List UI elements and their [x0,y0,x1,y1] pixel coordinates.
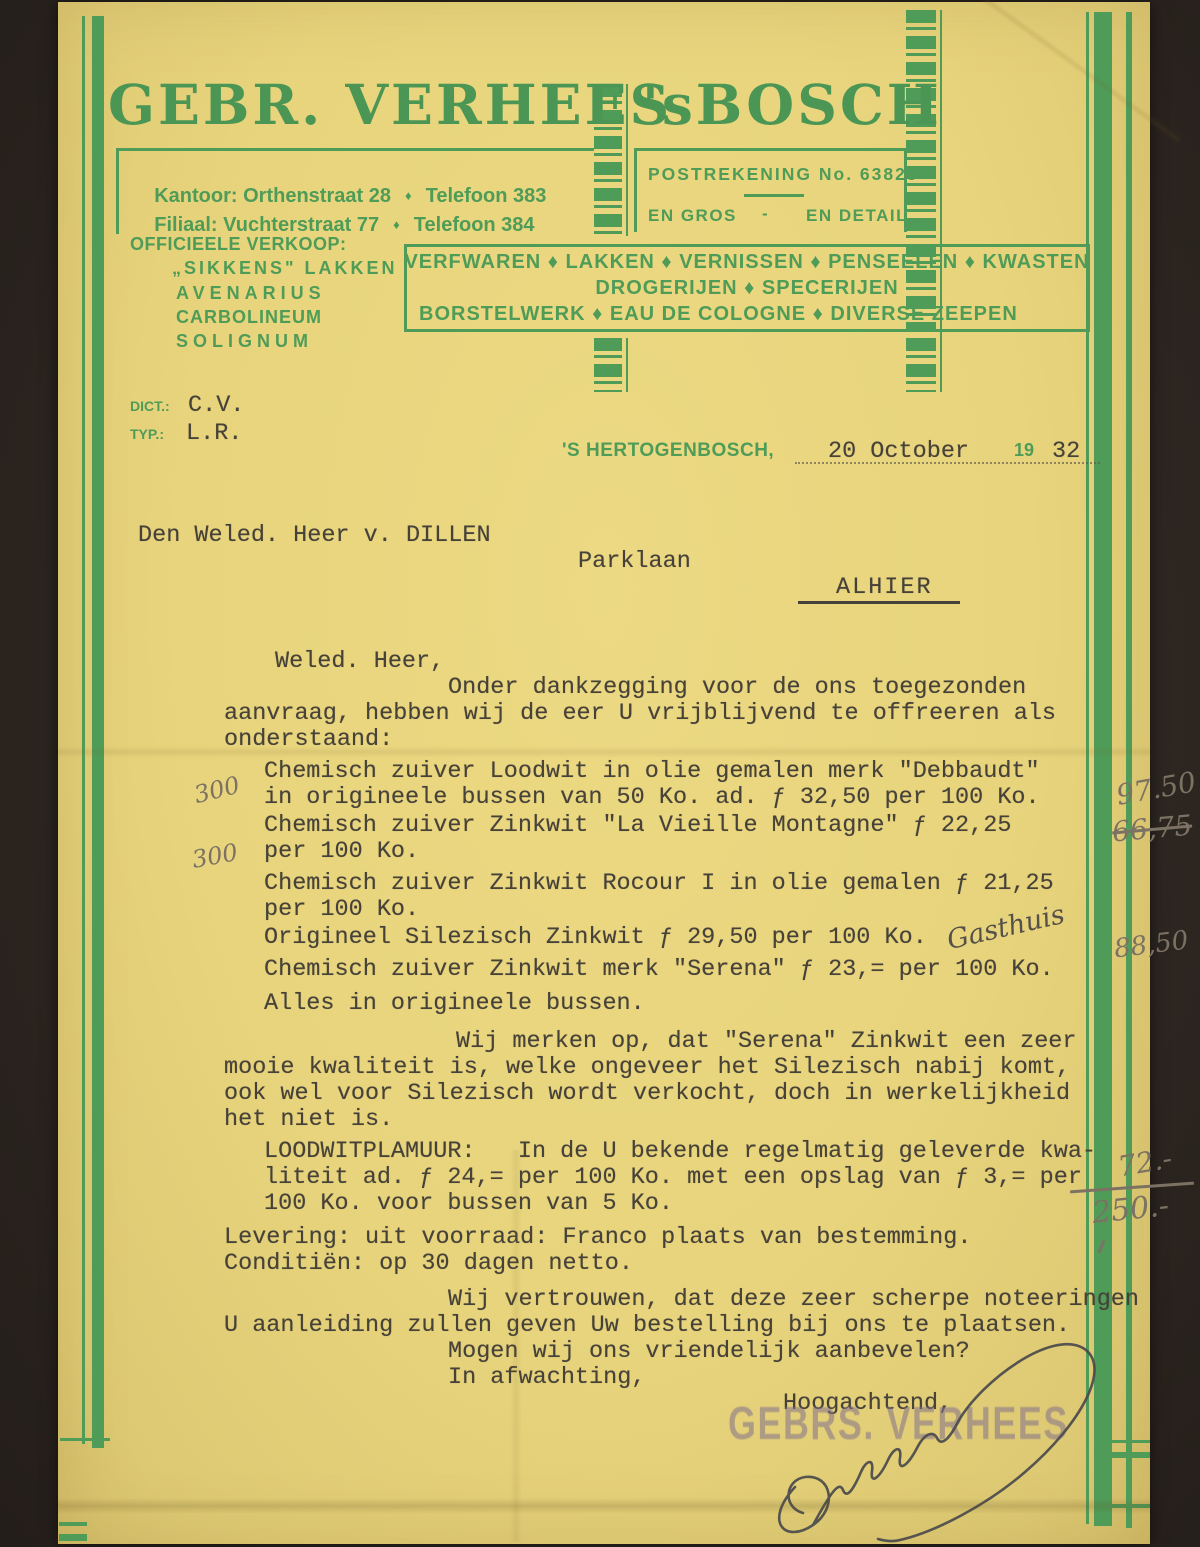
dateline-city: 'S HERTOGENBOSCH, [562,440,774,462]
products-banner-box: VERFWAREN ♦ LAKKEN ♦ VERNISSEN ♦ PENSEEL… [404,244,1090,332]
letter-photo: GEBR. VERHEES 'sBOSCH Kantoor: Orthenstr… [0,0,1200,1547]
right-registration-rule [940,10,942,392]
body-line: liteit ad. ƒ 24,= per 100 Ko. met een op… [264,1164,1082,1191]
left-border-bar [92,16,104,1448]
official-sale-item-solignum: SOLIGNUM [176,331,313,352]
gros-detail-dash: - [762,204,768,224]
addressee-name: Den Weled. Heer v. DILLEN [138,522,491,549]
body-line: mooie kwaliteit is, welke ongeveer het S… [224,1054,1070,1081]
body-line: In afwachting, [448,1364,645,1391]
company-name-city: 'sBOSCH [642,72,942,137]
products-banner-line-3: BORSTELWERK ♦ EAU DE COLOGNE ♦ DIVERSE Z… [407,301,1087,327]
body-line: Weled. Heer, [275,648,444,675]
left-border-cross-rule [60,1438,110,1441]
dict-value: C.V. [188,392,244,419]
official-sale-item-avenarius: AVENARIUS [176,283,326,304]
addressee-street: Parklaan [578,548,691,575]
postal-account: POSTREKENING No. 63825 [648,164,919,185]
left-border-thin-rule [82,16,85,1444]
body-line: het niet is. [224,1106,393,1133]
center-registration-marks-bottom [594,338,622,392]
body-line: Chemisch zuiver Zinkwit merk "Serena" ƒ … [264,956,1054,983]
body-line: 100 Ko. voor bussen van 5 Ko. [264,1190,673,1217]
office-line-2-address: Filiaal: Vuchterstraat 77 [154,214,379,236]
body-line: Origineel Silezisch Zinkwit ƒ 29,50 per … [264,924,927,951]
postal-box-left-rule [634,148,637,232]
body-line: aanvraag, hebben wij de eer U vrijblijve… [224,700,1056,727]
margin-amount-note-struck: 66,75 [1111,809,1194,849]
body-line: Wij vertrouwen, dat deze zeer scherpe no… [448,1286,1139,1313]
body-line: Chemisch zuiver Zinkwit Rocour I in olie… [264,870,1054,897]
en-gros-label: EN GROS [648,206,737,226]
official-sale-item-carbolineum: CARBOLINEUM [176,307,322,328]
center-registration-rule-lower [626,338,628,392]
addressee-city-underline [798,601,960,604]
typ-value: L.R. [186,420,242,447]
body-line: onderstaand: [224,726,393,753]
body-line: Onder dankzegging voor de ons toegezonde… [448,674,1026,701]
body-line: Chemisch zuiver Loodwit in olie gemalen … [264,758,1040,785]
company-name-left: GEBR. VERHEES [108,72,672,137]
postal-account-underline [744,194,804,197]
dateline-year-printed: 19 [1014,440,1034,461]
official-sale-heading: OFFICIEELE VERKOOP: [130,234,347,255]
dateline-year-typed: 32 [1052,438,1080,465]
body-line: per 100 Ko. [264,838,419,865]
body-line: per 100 Ko. [264,896,419,923]
products-banner-line-2: DROGERIJEN ♦ SPECERIJEN [595,275,898,301]
margin-total-note: 250.- [1090,1188,1170,1231]
signature [735,1322,1145,1547]
addressee-city: ALHIER [836,574,933,601]
body-line: ook wel voor Silezisch wordt verkocht, d… [224,1080,1070,1107]
body-line: LOODWITPLAMUUR: In de U bekende regelmat… [264,1138,1096,1165]
dateline-date-typed: 20 October [828,438,969,465]
products-banner-line-1: VERFWAREN ♦ LAKKEN ♦ VERNISSEN ♦ PENSEEL… [404,249,1089,275]
body-line: Levering: uit voorraad: Franco plaats va… [224,1224,971,1251]
body-line: Alles in origineele bussen. [264,990,645,1017]
body-line: Wij merken op, dat "Serena" Zinkwit een … [456,1028,1077,1055]
bottom-left-corner-rule-1 [59,1522,87,1526]
dict-label: DICT.: [130,398,170,414]
body-line: in origineele bussen van 50 Ko. ad. ƒ 32… [264,784,1040,811]
right-registration-marks-bottom [906,338,936,392]
office-line-2-phone: Telefoon 384 [414,214,535,236]
diamond-separator-icon: ♦ [379,217,414,232]
postal-box-top-rule [634,148,908,151]
body-line: Conditiën: op 30 dagen netto. [224,1250,633,1277]
office-box-top-rule [116,148,594,151]
body-line: Chemisch zuiver Zinkwit "La Vieille Mont… [264,812,1011,839]
typ-label: TYP.: [130,426,164,442]
bottom-left-corner-rule-2 [59,1534,87,1541]
office-box-left-rule [116,148,119,234]
official-sale-item-sikkens: „SIKKENS" LAKKEN [172,258,398,279]
en-detail-label: EN DETAIL [806,206,908,226]
